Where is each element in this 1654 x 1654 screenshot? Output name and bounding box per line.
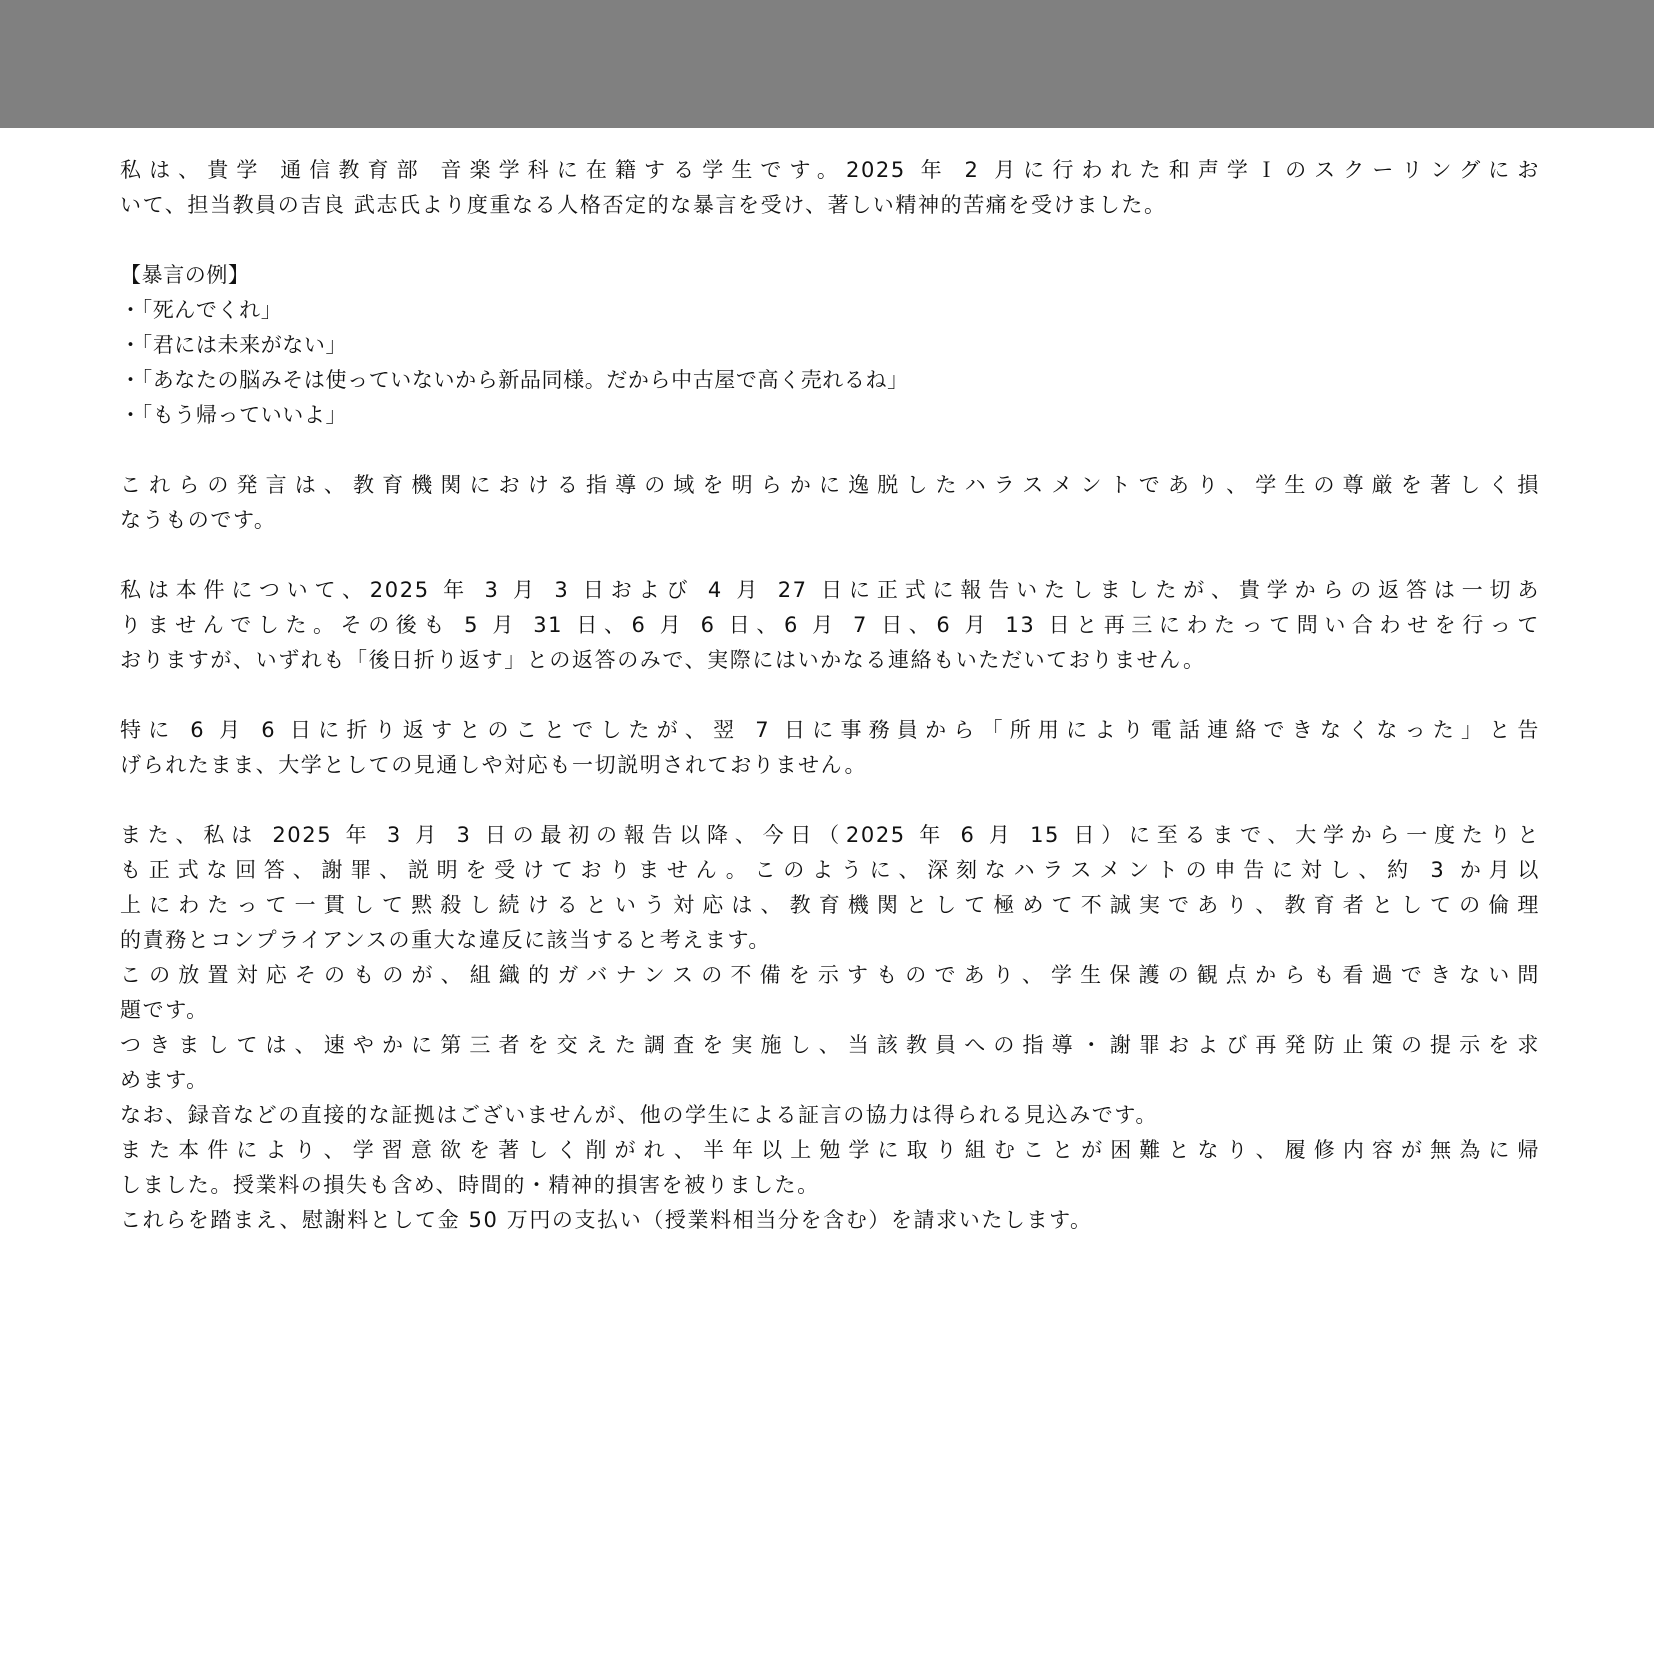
- intro-line: 私は、貴学 通信教育部 音楽学科に在籍する学生です。2025 年 2 月に行われ…: [120, 153, 1540, 188]
- spacer: [120, 223, 1540, 258]
- conclusion-line: 上にわたって一貫して黙殺し続けるという対応は、教育機関として極めて不誠実であり、…: [120, 888, 1540, 923]
- intro-line: いて、担当教員の吉良 武志氏より度重なる人格否定的な暴言を受け、著しい精神的苦痛…: [120, 188, 1540, 223]
- assessment-line: これらの発言は、教育機関における指導の域を明らかに逸脱したハラスメントであり、学…: [120, 468, 1540, 503]
- conclusion-line: なお、録音などの直接的な証拠はございませんが、他の学生による証言の協力は得られる…: [120, 1098, 1540, 1133]
- examples-heading: 【暴言の例】: [120, 258, 1540, 293]
- top-gray-band: [0, 0, 1654, 128]
- conclusion-line: また本件により、学習意欲を著しく削がれ、半年以上勉学に取り組むことが困難となり、…: [120, 1133, 1540, 1168]
- conclusion-line: めます。: [120, 1063, 1540, 1098]
- spacer: [120, 433, 1540, 468]
- assessment-paragraph: これらの発言は、教育機関における指導の域を明らかに逸脱したハラスメントであり、学…: [120, 468, 1540, 538]
- callback-paragraph: 特に 6 月 6 日に折り返すとのことでしたが、翌 7 日に事務員から「所用によ…: [120, 713, 1540, 783]
- abuse-examples-section: 【暴言の例】 ・「死んでくれ」 ・「君には未来がない」 ・「あなたの脳みそは使っ…: [120, 258, 1540, 433]
- assessment-line: なうものです。: [120, 503, 1540, 538]
- reports-line: おりますが、いずれも「後日折り返す」との返答のみで、実際にはいかなる連絡もいただ…: [120, 643, 1540, 678]
- document-body: 私は、貴学 通信教育部 音楽学科に在籍する学生です。2025 年 2 月に行われ…: [120, 153, 1540, 1238]
- reports-paragraph: 私は本件について、2025 年 3 月 3 日および 4 月 27 日に正式に報…: [120, 573, 1540, 678]
- spacer: [120, 538, 1540, 573]
- conclusion-line: も正式な回答、謝罪、説明を受けておりません。このように、深刻なハラスメントの申告…: [120, 853, 1540, 888]
- conclusion-line: これらを踏まえ、慰謝料として金 50 万円の支払い（授業料相当分を含む）を請求い…: [120, 1203, 1540, 1238]
- callback-line: げられたまま、大学としての見通しや対応も一切説明されておりません。: [120, 748, 1540, 783]
- example-item: ・「もう帰っていいよ」: [120, 398, 1540, 433]
- callback-line: 特に 6 月 6 日に折り返すとのことでしたが、翌 7 日に事務員から「所用によ…: [120, 713, 1540, 748]
- example-item: ・「死んでくれ」: [120, 293, 1540, 328]
- conclusion-line: つきましては、速やかに第三者を交えた調査を実施し、当該教員への指導・謝罪および再…: [120, 1028, 1540, 1063]
- reports-line: りませんでした。その後も 5 月 31 日、6 月 6 日、6 月 7 日、6 …: [120, 608, 1540, 643]
- intro-paragraph: 私は、貴学 通信教育部 音楽学科に在籍する学生です。2025 年 2 月に行われ…: [120, 153, 1540, 223]
- conclusion-line: また、私は 2025 年 3 月 3 日の最初の報告以降、今日（2025 年 6…: [120, 818, 1540, 853]
- spacer: [120, 678, 1540, 713]
- conclusion-line: 題です。: [120, 993, 1540, 1028]
- conclusion-paragraph: また、私は 2025 年 3 月 3 日の最初の報告以降、今日（2025 年 6…: [120, 818, 1540, 1238]
- spacer: [120, 783, 1540, 818]
- example-item: ・「君には未来がない」: [120, 328, 1540, 363]
- reports-line: 私は本件について、2025 年 3 月 3 日および 4 月 27 日に正式に報…: [120, 573, 1540, 608]
- conclusion-line: しました。授業料の損失も含め、時間的・精神的損害を被りました。: [120, 1168, 1540, 1203]
- example-item: ・「あなたの脳みそは使っていないから新品同様。だから中古屋で高く売れるね」: [120, 363, 1540, 398]
- conclusion-line: 的責務とコンプライアンスの重大な違反に該当すると考えます。: [120, 923, 1540, 958]
- conclusion-line: この放置対応そのものが、組織的ガバナンスの不備を示すものであり、学生保護の観点か…: [120, 958, 1540, 993]
